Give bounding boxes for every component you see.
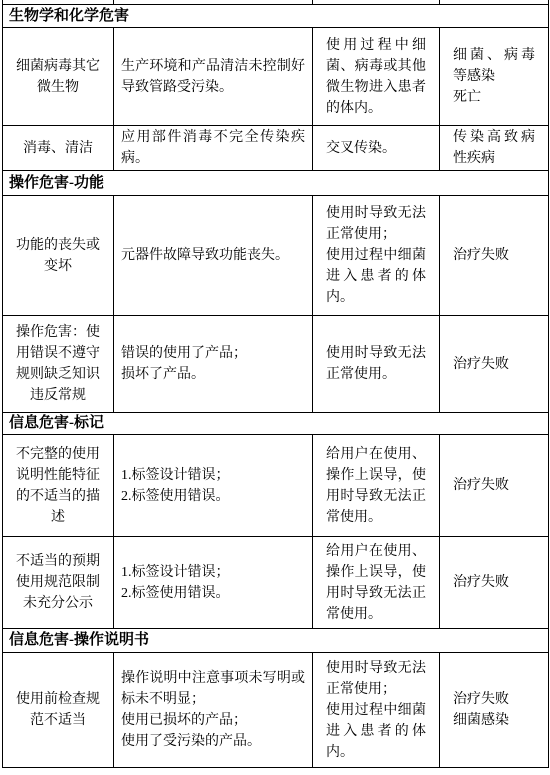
harm-cell: 治疗失败 [440,537,549,629]
section-header-row: 信息危害-标记 [3,413,549,435]
hazard-cell: 功能的丧失或变坏 [3,196,114,316]
cause-cell: 元器件故障导致功能丧失。 [114,196,313,316]
situation-cell: 给用户在使用、操作上误导，使用时导致无法正常使用。 [313,537,440,629]
hazard-cell: 不完整的使用说明性能特征的不适当的描述 [3,435,114,537]
hazard-cell: 使用前检查规范不适当 [3,653,114,768]
section-title: 生物学和化学危害 [3,5,549,28]
situation-cell: 使用过程中细菌、病毒或其他微生物进入患者的体内。 [313,28,440,126]
harm-cell: 治疗失败 [440,196,549,316]
cause-cell: 1.标签设计错误； 2.标签使用错误。 [114,537,313,629]
situation-cell: 使用时导致无法正常使用； 使用过程中细菌进入患者的体内。 [313,653,440,768]
table-row: 操作危害：使用错误不遵守规则缺乏知识违反常规 错误的使用了产品； 损坏了产品。 … [3,316,549,413]
harm-cell: 细菌、病毒等感染 死亡 [440,28,549,126]
harm-cell: 治疗失败 细菌感染 [440,653,549,768]
situation-cell: 给用户在使用、操作上误导，使用时导致无法正常使用。 [313,435,440,537]
harm-cell: 治疗失败 [440,316,549,413]
cause-cell: 生产环境和产品清洁未控制好导致管路受污染。 [114,28,313,126]
section-header-row: 生物学和化学危害 [3,5,549,28]
harm-cell: 传染高致病性疾病 [440,126,549,171]
table-row: 使用前检查规范不适当 操作说明中注意事项未写明或标未不明显； 使用已损坏的产品；… [3,653,549,768]
section-title: 信息危害-标记 [3,413,549,435]
hazard-cell: 不适当的预期使用规范限制未充分公示 [3,537,114,629]
cause-cell: 操作说明中注意事项未写明或标未不明显； 使用已损坏的产品； 使用了受污染的产品。 [114,653,313,768]
cause-cell: 错误的使用了产品； 损坏了产品。 [114,316,313,413]
harm-cell: 治疗失败 [440,435,549,537]
cause-cell: 应用部件消毒不完全传染疾病。 [114,126,313,171]
table-row: 不适当的预期使用规范限制未充分公示 1.标签设计错误； 2.标签使用错误。 给用… [3,537,549,629]
table-row: 消毒、清洁 应用部件消毒不完全传染疾病。 交叉传染。 传染高致病性疾病 [3,126,549,171]
cause-cell: 1.标签设计错误； 2.标签使用错误。 [114,435,313,537]
situation-cell: 使用时导致无法正常使用； 使用过程中细菌进入患者的体内。 [313,196,440,316]
table-row: 细菌病毒其它微生物 生产环境和产品清洁未控制好导致管路受污染。 使用过程中细菌、… [3,28,549,126]
section-header-row: 操作危害-功能 [3,171,549,196]
section-title: 信息危害-操作说明书 [3,629,549,653]
situation-cell: 交叉传染。 [313,126,440,171]
hazard-analysis-table: 生物学和化学危害 细菌病毒其它微生物 生产环境和产品清洁未控制好导致管路受污染。… [2,0,549,768]
hazard-cell: 操作危害：使用错误不遵守规则缺乏知识违反常规 [3,316,114,413]
hazard-cell: 消毒、清洁 [3,126,114,171]
table-row: 功能的丧失或变坏 元器件故障导致功能丧失。 使用时导致无法正常使用； 使用过程中… [3,196,549,316]
section-header-row: 信息危害-操作说明书 [3,629,549,653]
hazard-cell: 细菌病毒其它微生物 [3,28,114,126]
section-title: 操作危害-功能 [3,171,549,196]
table-row: 不完整的使用说明性能特征的不适当的描述 1.标签设计错误； 2.标签使用错误。 … [3,435,549,537]
situation-cell: 使用时导致无法正常使用。 [313,316,440,413]
